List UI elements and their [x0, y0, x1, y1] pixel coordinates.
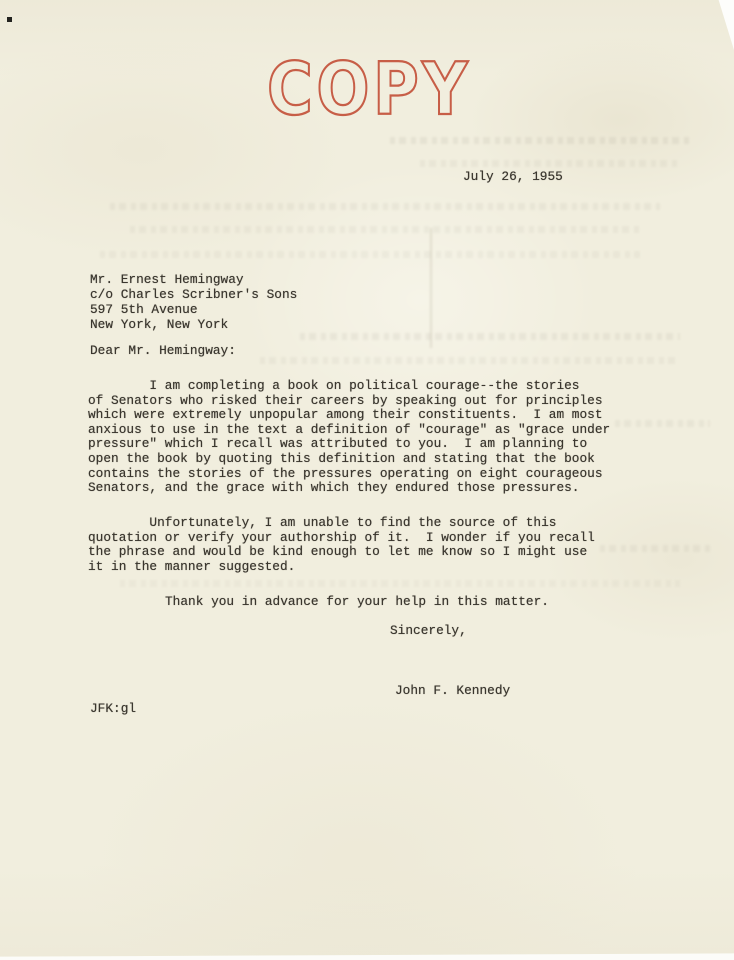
scan-edge-bottom: [0, 953, 734, 960]
bleed-through-smudge: [100, 251, 640, 258]
paper-crease: [430, 228, 432, 348]
body-paragraph-1: I am completing a book on political cour…: [88, 379, 610, 496]
bleed-through-smudge: [600, 545, 710, 552]
bleed-through-smudge: [420, 160, 680, 167]
bleed-through-smudge: [260, 357, 680, 364]
bleed-through-smudge: [390, 137, 690, 144]
body-paragraph-2: Unfortunately, I am unable to find the s…: [88, 516, 595, 574]
closing-line: Sincerely,: [390, 624, 467, 639]
copy-stamp: COPY: [264, 54, 484, 132]
scan-speck: [7, 17, 12, 22]
bleed-through-smudge: [615, 420, 710, 427]
thanks-line: Thank you in advance for your help in th…: [165, 595, 549, 610]
bleed-through-smudge: [120, 580, 680, 587]
scanned-letter-page: COPY July 26, 1955 Mr. Ernest Hemingway …: [0, 0, 734, 960]
copy-stamp-text: COPY: [267, 54, 471, 131]
recipient-address: Mr. Ernest Hemingway c/o Charles Scribne…: [90, 272, 297, 332]
typist-reference: JFK:gl: [90, 702, 136, 717]
letter-date: July 26, 1955: [463, 170, 563, 185]
bleed-through-smudge: [130, 226, 640, 233]
bleed-through-smudge: [300, 333, 680, 340]
scan-edge-top-right: [712, 0, 734, 50]
bleed-through-smudge: [110, 203, 660, 210]
salutation: Dear Mr. Hemingway:: [90, 344, 236, 359]
signature-name: John F. Kennedy: [395, 684, 510, 699]
